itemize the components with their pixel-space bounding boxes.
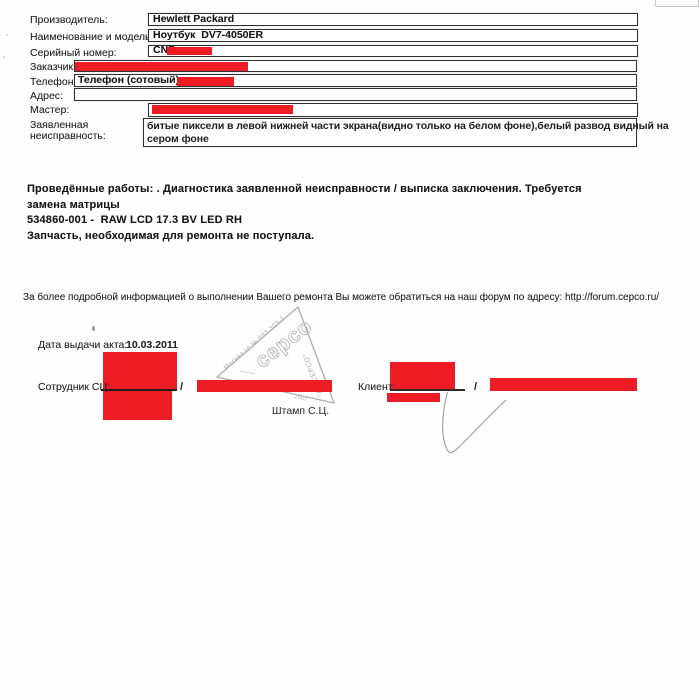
redaction-customer [75,62,248,72]
employee-signature-line [101,389,177,391]
stamp-caption: Штамп С.Ц. [272,405,329,417]
redaction-employee-lower [103,391,172,421]
employee-separator: / [180,381,183,393]
client-label: Клиент: [358,382,395,393]
redaction-serial [167,47,212,56]
work-summary-line1: Проведённые работы: . Диагностика заявле… [27,182,582,198]
redaction-employee-name [197,380,332,392]
work-summary-line4: Запчасть, необходимая для ремонта не пос… [27,229,582,245]
work-summary-line2: замена матрицы [27,198,582,214]
client-separator: / [474,381,477,393]
redaction-employee-upper [103,352,177,389]
redaction-client-name [490,378,637,391]
employee-label: Сотрудник СЦ: [38,382,110,393]
redaction-phone [177,77,234,86]
redaction-client-lower [387,393,440,402]
work-summary: Проведённые работы: . Диагностика заявле… [27,182,582,245]
stamp-and-signature-layer: Москва гр № 693 303-1 "АЦ СЕРСО" серсо 2… [0,0,700,700]
client-signature-line [390,389,465,391]
stamp-year-fragment: 2007 [294,394,309,403]
work-summary-line3: 534860-001 - RAW LCD 17.3 BV LED RH [27,213,582,229]
pen-signature-squiggle [443,392,506,453]
redaction-master [152,105,293,114]
redaction-client-upper [390,362,455,390]
scanned-service-report: Производитель: Наименование и модель: Се… [0,0,700,700]
